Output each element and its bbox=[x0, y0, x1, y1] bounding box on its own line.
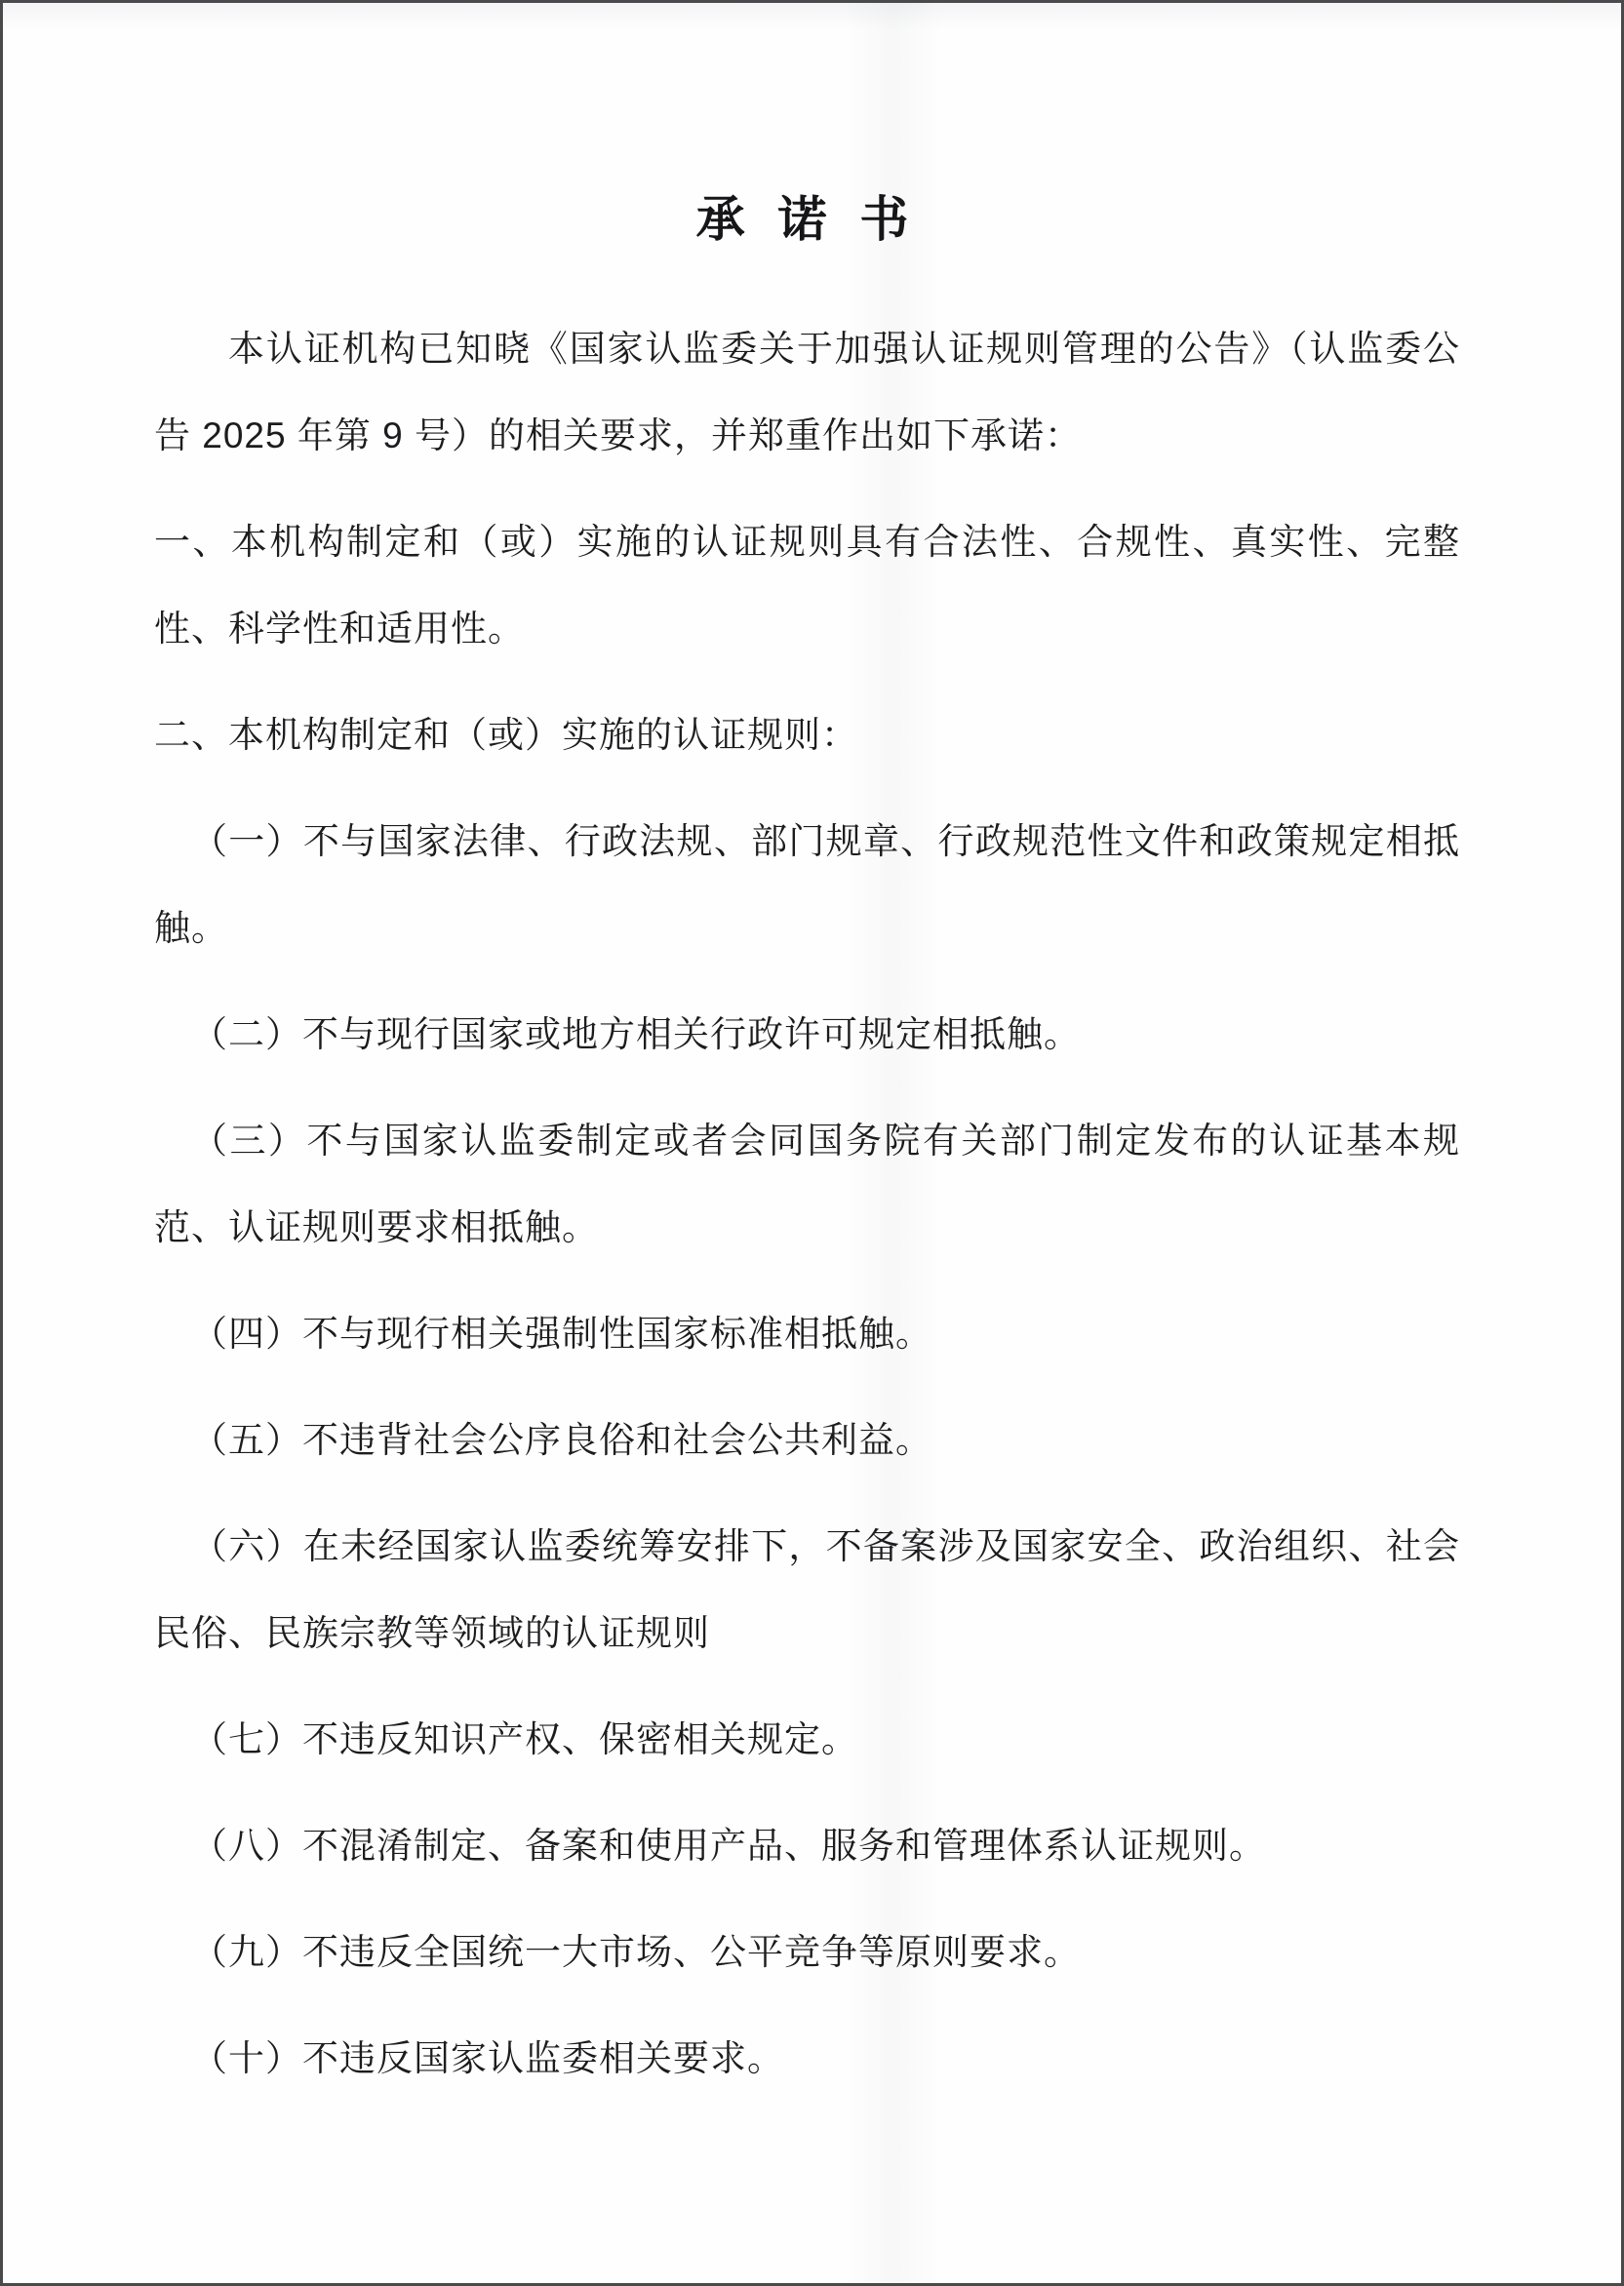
sub-clause-1: （一）不与国家法律、行政法规、部门规章、行政规范性文件和政策规定相抵触。 bbox=[154, 798, 1460, 971]
sub-clause-8: （八）不混淆制定、备案和使用产品、服务和管理体系认证规则。 bbox=[154, 1802, 1460, 1889]
sub-clause-9: （九）不违反全国统一大市场、公平竞争等原则要求。 bbox=[154, 1909, 1460, 1995]
sub-clause-6: （六）在未经国家认监委统筹安排下，不备案涉及国家安全、政治组织、社会民俗、民族宗… bbox=[154, 1503, 1460, 1676]
sub-clause-3: （三）不与国家认监委制定或者会同国务院有关部门制定发布的认证基本规范、认证规则要… bbox=[154, 1097, 1460, 1271]
sub-clause-7: （七）不违反知识产权、保密相关规定。 bbox=[154, 1696, 1460, 1783]
document-title: 承 诺 书 bbox=[154, 178, 1460, 260]
sub-clause-10: （十）不违反国家认监委相关要求。 bbox=[154, 2015, 1460, 2102]
intro-paragraph: 本认证机构已知晓《国家认监委关于加强认证规则管理的公告》（认监委公告 2025 … bbox=[154, 305, 1460, 479]
sub-clause-2: （二）不与现行国家或地方相关行政许可规定相抵触。 bbox=[154, 991, 1460, 1078]
scanned-document-page: 承 诺 书 本认证机构已知晓《国家认监委关于加强认证规则管理的公告》（认监委公告… bbox=[0, 0, 1624, 2286]
sub-clause-4: （四）不与现行相关强制性国家标准相抵触。 bbox=[154, 1290, 1460, 1377]
sub-clause-5: （五）不违背社会公序良俗和社会公共利益。 bbox=[154, 1397, 1460, 1483]
clause-1: 一、本机构制定和（或）实施的认证规则具有合法性、合规性、真实性、完整性、科学性和… bbox=[154, 498, 1460, 672]
clause-2: 二、本机构制定和（或）实施的认证规则： bbox=[154, 691, 1460, 778]
document-content: 承 诺 书 本认证机构已知晓《国家认监委关于加强认证规则管理的公告》（认监委公告… bbox=[3, 3, 1621, 2102]
